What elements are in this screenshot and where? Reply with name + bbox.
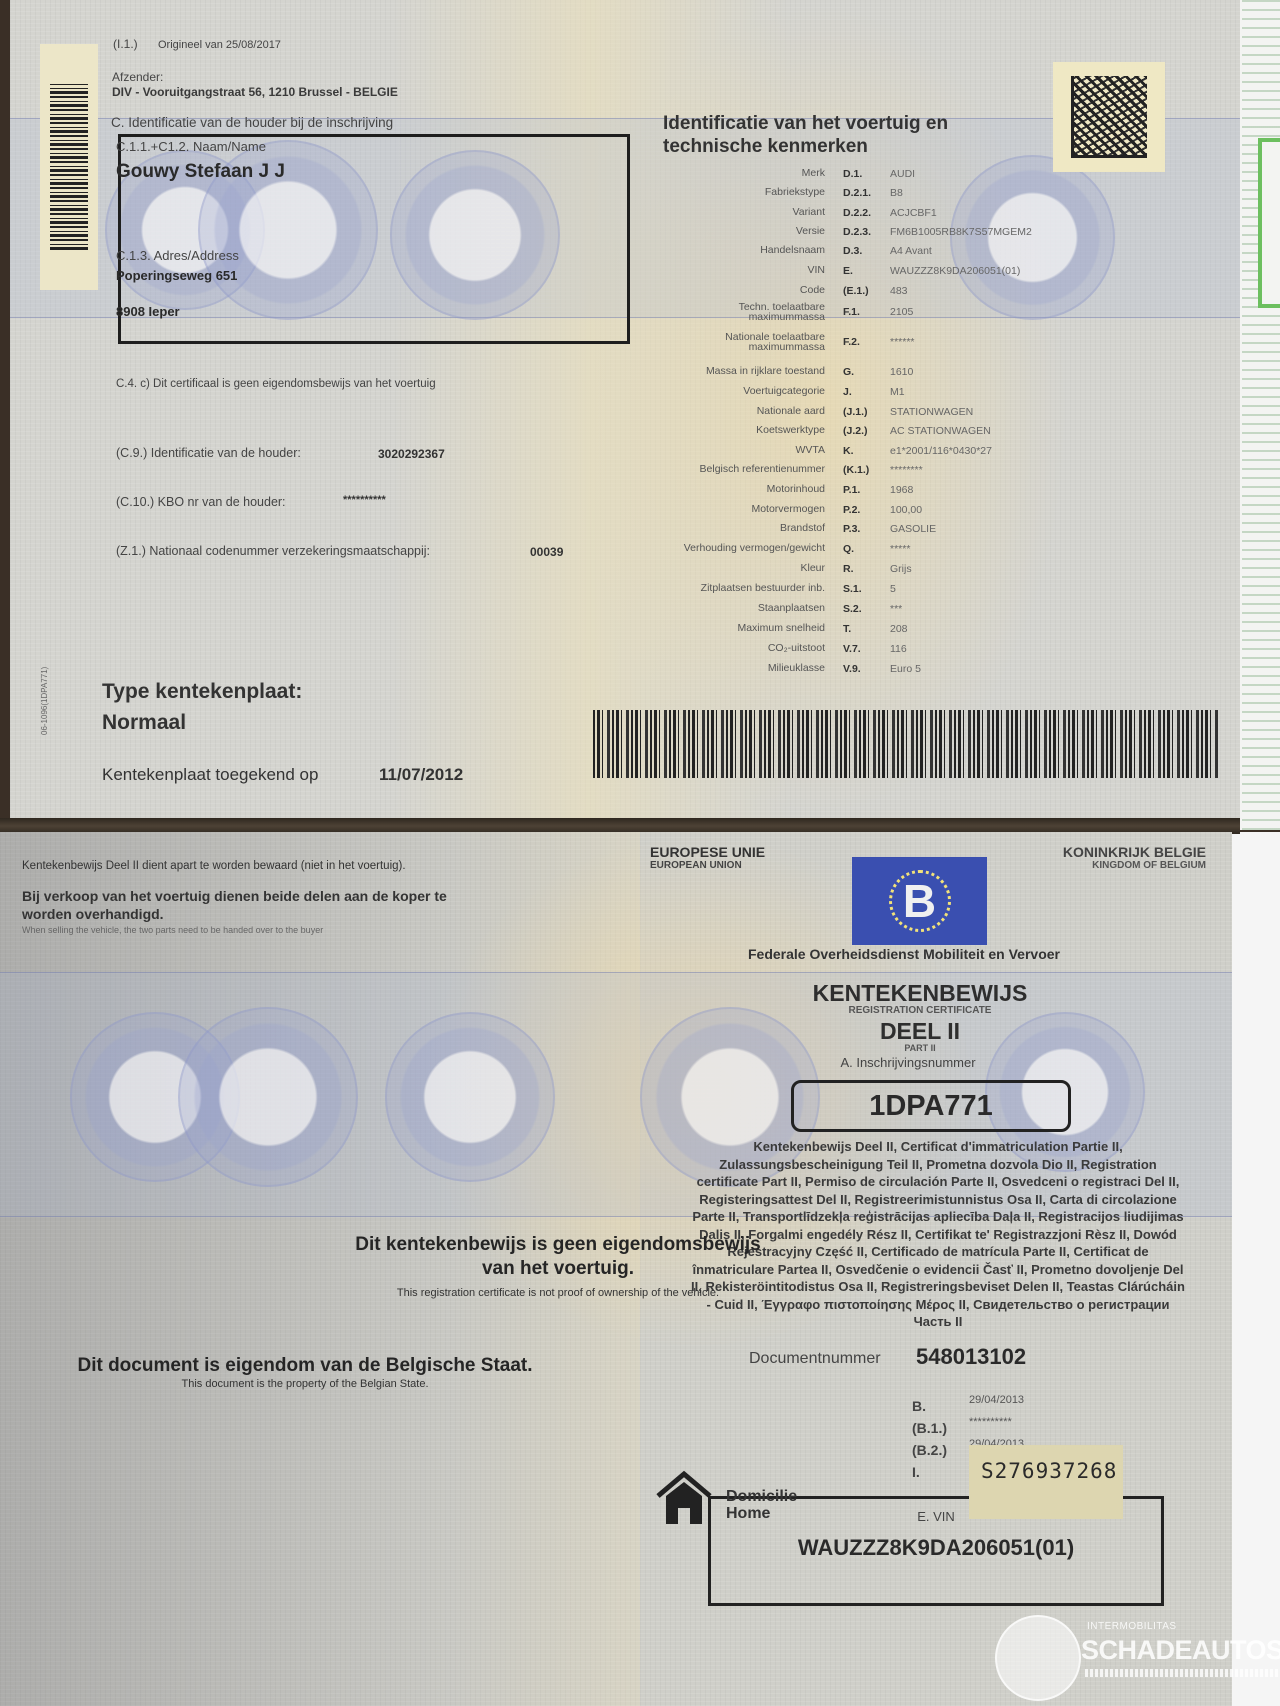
kingdom-label-en: KINGDOM OF BELGIUM [1092, 860, 1206, 871]
tech-row-value: ******** [890, 464, 923, 476]
tech-row-value: 100,00 [890, 504, 922, 516]
tech-row-code: S.2. [843, 603, 862, 615]
tech-row-label: Techn. toelaatbare maximummassa [715, 302, 825, 322]
tech-title-line-1: Identificatie van het voertuig en [663, 112, 948, 135]
tech-row-label: Motorvermogen [751, 504, 825, 514]
tech-row-code: J. [843, 386, 852, 398]
horizontal-barcode [593, 710, 1218, 778]
holder-section-title: C. Identificatie van de houder bij de in… [111, 115, 393, 130]
tech-row-code: D.3. [843, 245, 862, 257]
adjacent-document-bottom [1228, 832, 1280, 1706]
tech-title-line-2: technische kenmerken [663, 135, 948, 158]
tech-row-code: D.2.2. [843, 207, 871, 219]
tech-row-code: D.2.3. [843, 226, 871, 238]
tech-row-code: P.3. [843, 523, 860, 535]
tech-row-label: Fabriekstype [765, 187, 825, 197]
doc-number-label: Documentnummer [749, 1350, 881, 1368]
tech-row-code: (J.1.) [843, 406, 868, 418]
sender-address: DIV - Vooruitgangstraat 56, 1210 Brussel… [112, 85, 398, 99]
tech-row-label: Zitplaatsen bestuurder inb. [701, 583, 825, 593]
tech-row: MotorinhoudP.1.1968 [650, 480, 1070, 498]
vertical-barcode [40, 44, 98, 290]
tech-row: Zitplaatsen bestuurder inb.S.1.5 [650, 579, 1070, 597]
tech-row-label: Handelsnaam [760, 245, 825, 255]
document-title-en: REGISTRATION CERTIFICATE [0, 1005, 1232, 1016]
tech-row-value: WAUZZZ8K9DA206051(01) [890, 265, 1020, 277]
tech-row-value: ACJCBF1 [890, 207, 937, 219]
original-code: (I.1.) [113, 37, 138, 51]
tech-row-code: E. [843, 265, 853, 277]
tech-row-label: Versie [796, 226, 825, 236]
adjacent-document-top [1236, 0, 1280, 830]
tech-row-value: 1968 [890, 484, 913, 496]
doc-number: 548013102 [916, 1344, 1026, 1370]
not-ownership-en: This registration certificate is not pro… [0, 1287, 1116, 1299]
tech-row: MotorvermogenP.2.100,00 [650, 500, 1070, 518]
eu-label-en: EUROPEAN UNION [650, 860, 742, 871]
holder-id-value: 3020292367 [378, 447, 445, 461]
tech-row-label: Nationale aard [757, 406, 825, 416]
sender-label: Afzender: [112, 70, 163, 84]
holder-id-label: (C.9.) Identificatie van de houder: [116, 446, 301, 460]
date-value: ********** [969, 1416, 1012, 1428]
plate-assigned-date: 11/07/2012 [379, 765, 463, 785]
tech-row-value: 1610 [890, 366, 913, 378]
tech-row-code: V.9. [843, 663, 861, 675]
eu-flag-emblem: B [852, 857, 987, 945]
tech-row-label: Koetswerktype [756, 425, 825, 435]
keep-separately-note: Kentekenbewijs Deel II dient apart te wo… [22, 860, 406, 872]
tech-row: Nationale toelaatbare maximummassaF.2.**… [650, 332, 1070, 350]
document-title: KENTEKENBEWIJS [0, 980, 1232, 1007]
tech-row-label: Milieuklasse [768, 663, 825, 673]
date-code: I. [912, 1464, 920, 1480]
sale-note-english: When selling the vehicle, the two parts … [22, 925, 323, 935]
tech-row-code: D.1. [843, 168, 862, 180]
tech-row-value: 116 [890, 643, 907, 655]
tech-row: VersieD.2.3.FM6B1005RB8K7S57MGEM2 [650, 222, 1070, 240]
tech-row: Nationale aard(J.1.)STATIONWAGEN [650, 402, 1070, 420]
address-street: Poperingseweg 651 [116, 268, 237, 283]
tech-row-code: P.1. [843, 484, 860, 496]
tech-row-code: P.2. [843, 504, 860, 516]
tech-row: VINE.WAUZZZ8K9DA206051(01) [650, 261, 1070, 279]
not-ownership-line-1: Dit kentekenbewijs is geen eigendomsbewi… [0, 1234, 1116, 1256]
tech-row-value: Grijs [890, 563, 912, 575]
part-title-en: PART II [0, 1043, 1232, 1053]
tech-row-label: Kleur [800, 563, 825, 573]
tech-row-code: S.1. [843, 583, 862, 595]
tech-row: HandelsnaamD.3.A4 Avant [650, 241, 1070, 259]
tech-row-code: G. [843, 366, 854, 378]
tech-row-value: 483 [890, 285, 908, 297]
serial-number: S276937268 [969, 1445, 1123, 1519]
tech-row-label: WVTA [795, 445, 825, 455]
tech-row: MerkD.1.AUDI [650, 164, 1070, 182]
tech-row-code: V.7. [843, 643, 861, 655]
ownership-note: C.4. c) Dit certificaal is geen eigendom… [116, 378, 436, 390]
name-label: C.1.1.+C1.2. Naam/Name [116, 139, 266, 154]
tech-row-label: VIN [807, 265, 825, 275]
tech-row-value: 5 [890, 583, 896, 595]
home-label-en: Home [726, 1505, 770, 1523]
datamatrix-pattern [1071, 76, 1147, 158]
state-property-note: Dit document is eigendom van de Belgisch… [0, 1355, 610, 1377]
tech-row-value: M1 [890, 386, 905, 398]
date-code: (B.2.) [912, 1442, 947, 1458]
house-icon [654, 1470, 714, 1526]
tech-row-code: (K.1.) [843, 464, 869, 476]
holder-name: Gouwy Stefaan J J [116, 161, 285, 183]
tech-row: StaanplaatsenS.2.*** [650, 599, 1070, 617]
tech-row-value: B8 [890, 187, 903, 199]
tech-row-label: Brandstof [780, 523, 825, 533]
authority-name: Federale Overheidsdienst Mobiliteit en V… [748, 946, 1060, 962]
tech-row-code: F.2. [843, 336, 860, 348]
tech-row: WVTAK.e1*2001/116*0430*27 [650, 441, 1070, 459]
plate-assigned-label: Kentekenplaat toegekend op [102, 765, 318, 785]
tech-row-label: Merk [802, 168, 825, 178]
address-city: 8908 Ieper [116, 304, 180, 319]
tech-row-value: STATIONWAGEN [890, 406, 973, 418]
state-property-en: This document is the property of the Bel… [0, 1378, 610, 1390]
tech-row: CO₂-uitstootV.7.116 [650, 639, 1070, 657]
tech-row: Code(E.1.)483 [650, 281, 1070, 299]
globe-icon [995, 1615, 1081, 1701]
tech-row-label: CO₂-uitstoot [768, 643, 825, 653]
tech-row-code: D.2.1. [843, 187, 871, 199]
tech-row-value: 2105 [890, 306, 913, 318]
date-code: B. [912, 1398, 926, 1414]
adjacent-document-pattern [1242, 0, 1280, 830]
tech-row-code: (J.2.) [843, 425, 868, 437]
tech-row-value: A4 Avant [890, 245, 932, 257]
tech-row-code: R. [843, 563, 854, 575]
country-letter: B [852, 875, 987, 927]
plate-type-label: Type kentekenplaat: [102, 680, 302, 704]
tech-row: VariantD.2.2.ACJCBF1 [650, 203, 1070, 221]
tech-row-value: ***** [890, 543, 910, 555]
tech-row-code: Q. [843, 543, 854, 555]
original-date: Origineel van 25/08/2017 [158, 39, 281, 51]
insurer-code: 00039 [530, 545, 563, 559]
tech-row: Maximum snelheidT.208 [650, 619, 1070, 637]
tech-row-value: AC STATIONWAGEN [890, 425, 991, 437]
tech-row: VoertuigcategorieJ.M1 [650, 382, 1070, 400]
tech-row-code: T. [843, 623, 851, 635]
date-code: (B.1.) [912, 1420, 947, 1436]
sale-note-line-2: worden overhandigd. [22, 906, 164, 922]
vin-value: WAUZZZ8K9DA206051(01) [711, 1535, 1161, 1561]
tech-section-title: Identificatie van het voertuig en techni… [663, 112, 948, 158]
plate-type-value: Normaal [102, 711, 186, 735]
not-ownership-line-2: van het voertuig. [0, 1258, 1116, 1280]
tech-row-label: Maximum snelheid [737, 623, 825, 633]
eu-label: EUROPESE UNIE [650, 844, 765, 860]
tech-row-value: ****** [890, 336, 915, 348]
tech-row-value: FM6B1005RB8K7S57MGEM2 [890, 226, 1032, 238]
watermark-brand: SCHADEAUTOS.NL [1081, 1635, 1280, 1666]
tech-row-code: K. [843, 445, 854, 457]
kingdom-label: KONINKRIJK BELGIE [1063, 844, 1206, 860]
schadeautos-watermark: INTERMOBILITAS SCHADEAUTOS.NL [995, 1615, 1280, 1706]
tech-row: Techn. toelaatbare maximummassaF.1.2105 [650, 302, 1070, 320]
tech-row-value: AUDI [890, 168, 915, 180]
tech-row-label: Staanplaatsen [758, 603, 825, 613]
watermark-small-text: INTERMOBILITAS [1087, 1621, 1177, 1632]
tech-row: FabriekstypeD.2.1.B8 [650, 183, 1070, 201]
tech-row-value: GASOLIE [890, 523, 936, 535]
tech-row-label: Massa in rijklare toestand [706, 366, 825, 376]
tech-row-value: Euro 5 [890, 663, 921, 675]
tech-row-label: Motorinhoud [767, 484, 825, 494]
tech-row: KleurR.Grijs [650, 559, 1070, 577]
tech-row-code: F.1. [843, 306, 860, 318]
tech-row-code: (E.1.) [843, 285, 869, 297]
reg-number-label: A. Inschrijvingsnummer [0, 1055, 1232, 1070]
datamatrix-code [1053, 62, 1165, 172]
kbo-label: (C.10.) KBO nr van de houder: [116, 495, 286, 509]
adjacent-document-green-box [1258, 138, 1280, 308]
home-label-nl: Domicilie [726, 1488, 797, 1506]
tech-row: Belgisch referentienummer(K.1.)******** [650, 460, 1070, 478]
tech-row-label: Nationale toelaatbare maximummassa [715, 332, 825, 352]
registration-certificate-part-1: (I.1.) Origineel van 25/08/2017 Afzender… [10, 0, 1240, 820]
address-label: C.1.3. Adres/Address [116, 248, 239, 263]
part-title: DEEL II [0, 1018, 1232, 1045]
tech-row: BrandstofP.3.GASOLIE [650, 519, 1070, 537]
tech-row-value: *** [890, 603, 902, 615]
watermark-dots [1085, 1669, 1280, 1677]
registration-number: 1DPA771 [791, 1080, 1071, 1132]
tech-row-label: Voertuigcategorie [743, 386, 825, 396]
insurer-label: (Z.1.) Nationaal codenummer verzekerings… [116, 544, 430, 558]
tech-row: Massa in rijklare toestandG.1610 [650, 362, 1070, 380]
barcode-bars [50, 84, 88, 250]
tech-row-value: e1*2001/116*0430*27 [890, 445, 992, 457]
tech-row-label: Variant [793, 207, 826, 217]
tech-row-label: Code [800, 285, 825, 295]
tech-row-label: Verhouding vermogen/gewicht [684, 543, 825, 553]
date-value: 29/04/2013 [969, 1394, 1024, 1406]
tech-row: Verhouding vermogen/gewichtQ.***** [650, 539, 1070, 557]
tech-row: Koetswerktype(J.2.)AC STATIONWAGEN [650, 421, 1070, 439]
registration-certificate-part-2: Kentekenbewijs Deel II dient apart te wo… [0, 832, 1232, 1706]
tech-row-value: 208 [890, 623, 908, 635]
vertical-form-code: 06-1096(1DPA771) [40, 667, 49, 735]
tech-row: MilieuklasseV.9.Euro 5 [650, 659, 1070, 677]
tech-row-label: Belgisch referentienummer [700, 464, 825, 474]
kbo-value: ********** [343, 494, 386, 506]
sale-note-line-1: Bij verkoop van het voertuig dienen beid… [22, 888, 447, 904]
